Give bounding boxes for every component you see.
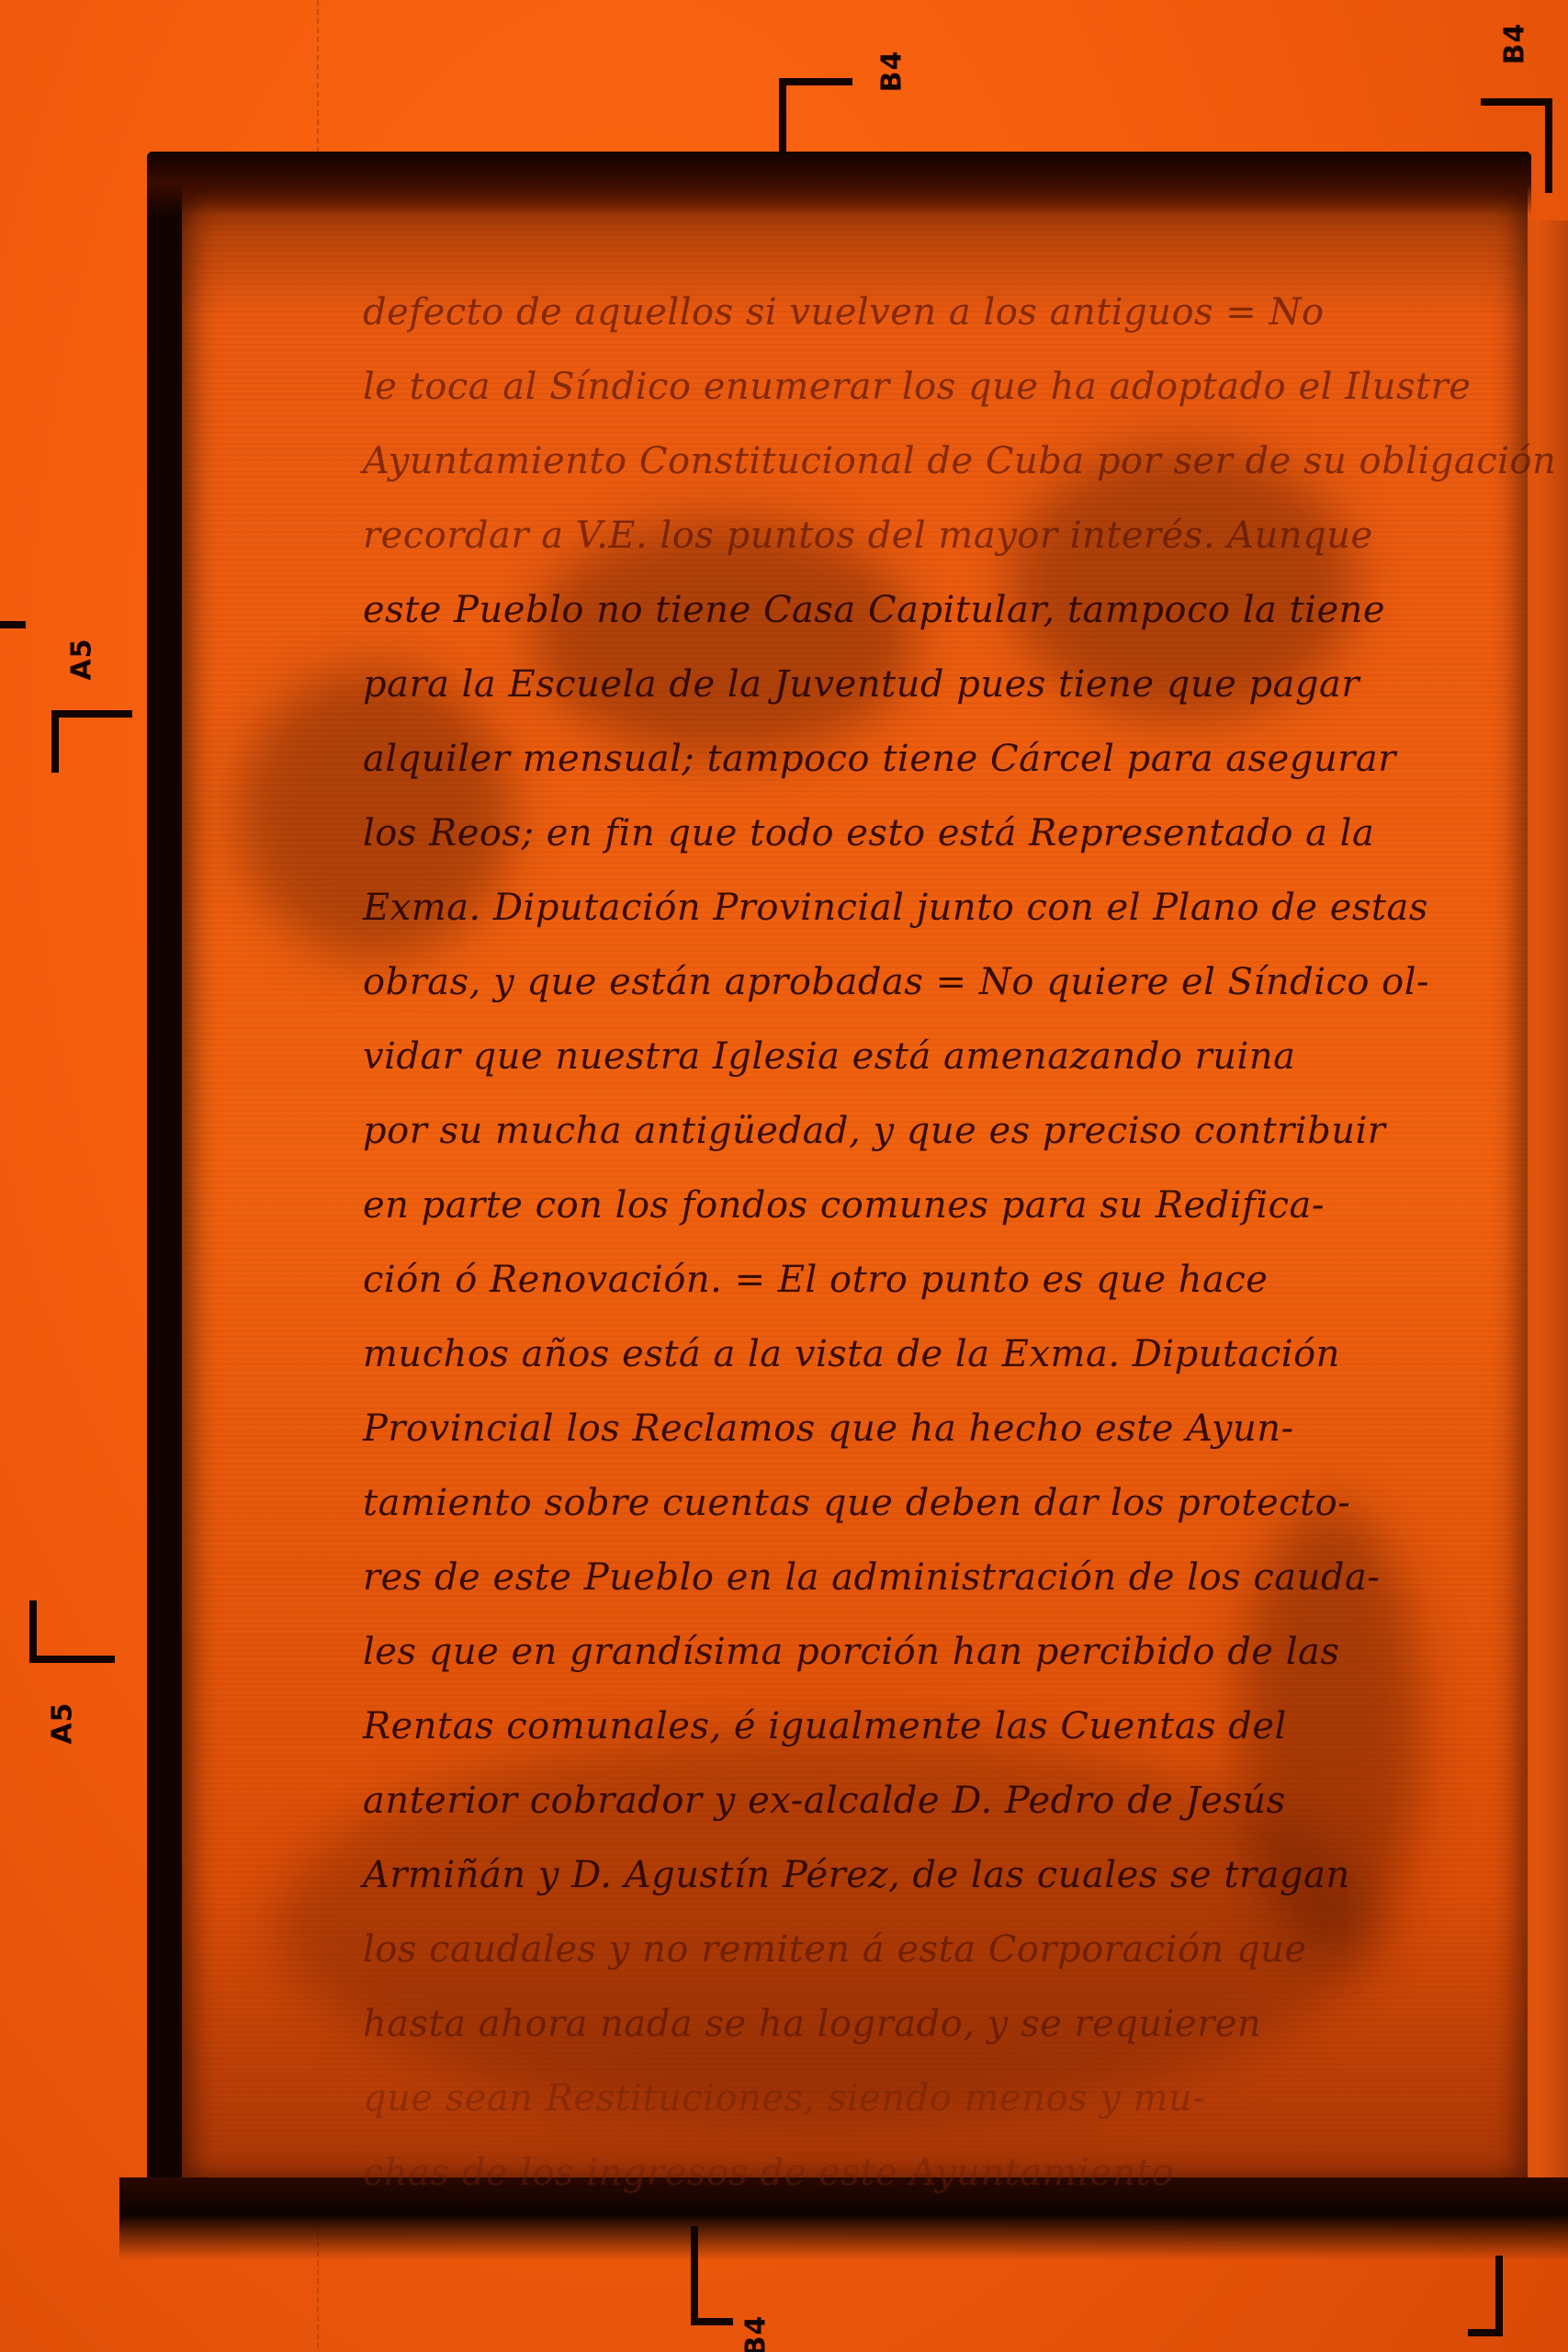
text-line: recordar a V.E. los puntos del mayor int… (363, 499, 1493, 573)
text-line: los Reos; en fin que todo esto está Repr… (363, 797, 1493, 871)
crop-marker-left-upper-tick (0, 621, 26, 628)
text-line: este Pueblo no tiene Casa Capitular, tam… (363, 573, 1493, 648)
text-line: en parte con los fondos comunes para su … (363, 1169, 1493, 1243)
page-top-edge (147, 152, 1531, 216)
text-line: por su mucha antigüedad, y que es precis… (363, 1094, 1493, 1169)
text-line: anterior cobrador y ex-alcalde D. Pedro … (363, 1764, 1493, 1838)
text-line: los caudales y no remiten á esta Corpora… (363, 1913, 1493, 1987)
text-line: alquiler mensual; tampoco tiene Cárcel p… (363, 722, 1493, 797)
crop-marker-bottom-right (1468, 2256, 1503, 2336)
text-line: muchos años está a la vista de la Exma. … (363, 1317, 1493, 1392)
crop-marker-left-lower (29, 1600, 115, 1663)
text-line: defecto de aquellos si vuelven a los ant… (363, 276, 1493, 350)
text-line: para la Escuela de la Juventud pues tien… (363, 648, 1493, 722)
text-line: vidar que nuestra Iglesia está amenazand… (363, 1020, 1493, 1094)
text-line: hasta ahora nada se ha logrado, y se req… (363, 1987, 1493, 2062)
marker-label-bottom: B4 (739, 2315, 772, 2352)
marker-label-top-right: B4 (1498, 23, 1530, 65)
text-line: tamiento sobre cuentas que deben dar los… (363, 1466, 1493, 1541)
text-line: Rentas comunales, é igualmente las Cuent… (363, 1690, 1493, 1764)
text-line: Armiñán y D. Agustín Pérez, de las cuale… (363, 1838, 1493, 1913)
text-line: les que en grandísima porción han percib… (363, 1615, 1493, 1690)
marker-label-top-left: B4 (875, 51, 908, 93)
text-line: Exma. Diputación Provincial junto con el… (363, 871, 1493, 945)
text-line: Ayuntamiento Constitucional de Cuba por … (363, 424, 1493, 499)
text-line: ción ó Renovación. = El otro punto es qu… (363, 1243, 1493, 1317)
marker-label-left-lower: A5 (47, 1702, 79, 1744)
marker-label-left-upper: A5 (66, 638, 98, 680)
crop-marker-left-upper (51, 710, 132, 773)
text-line: que sean Restituciones, siendo menos y m… (363, 2062, 1493, 2136)
manuscript-text: defecto de aquellos si vuelven a los ant… (363, 276, 1493, 2211)
text-line: chas de los ingresos de este Ayuntamient… (363, 2136, 1493, 2211)
text-line: le toca al Síndico enumerar los que ha a… (363, 350, 1493, 424)
text-line: obras, y que están aprobadas = No quiere… (363, 945, 1493, 1020)
text-line: Provincial los Reclamos que ha hecho est… (363, 1392, 1493, 1466)
text-line: res de este Pueblo en la administración … (363, 1541, 1493, 1615)
